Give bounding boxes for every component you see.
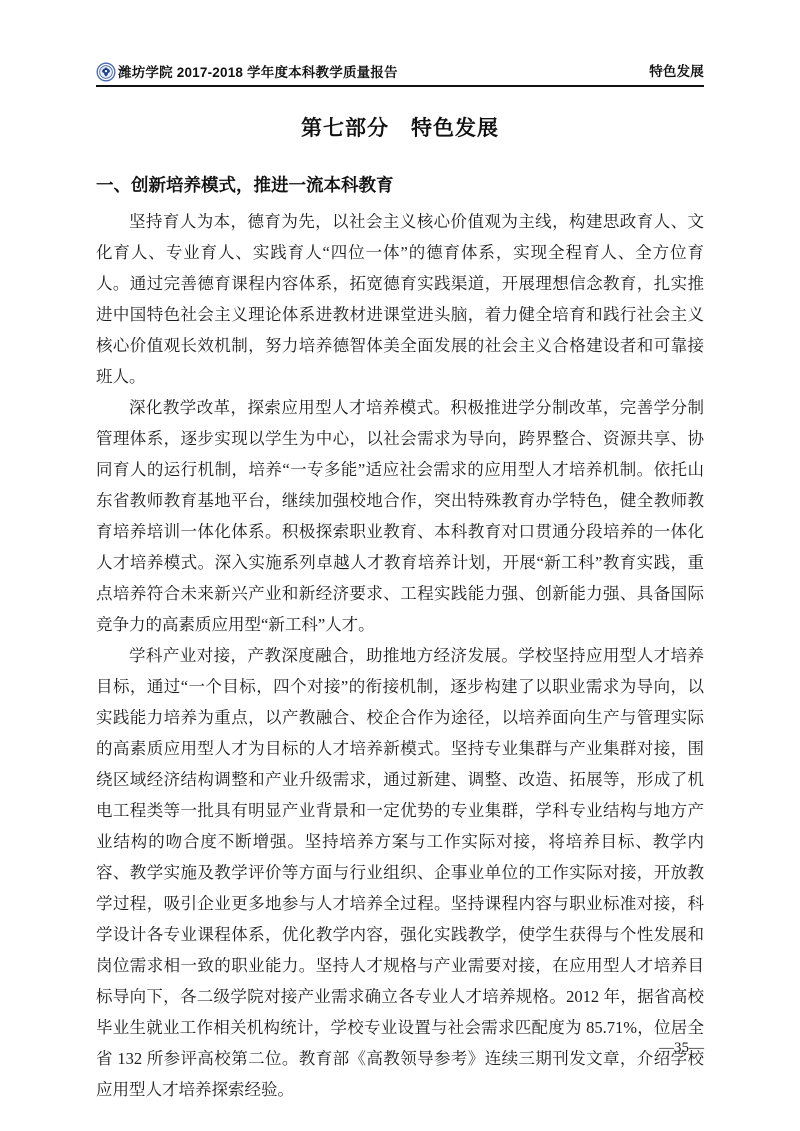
header-right: 特色发展 [649,60,704,81]
body-paragraph: 坚持育人为本，德育为先，以社会主义核心价值观为主线，构建思政育人、文化育人、专业… [96,206,704,392]
running-header: 潍坊学院 2017-2018 学年度本科教学质量报告 特色发展 [96,55,704,87]
header-chapter-label: 特色发展 [649,64,704,79]
body-paragraphs: 坚持育人为本，德育为先，以社会主义核心价值观为主线，构建思政育人、文化育人、专业… [96,206,704,1105]
header-report-title: 潍坊学院 2017-2018 学年度本科教学质量报告 [118,61,398,81]
part-title: 第七部分 特色发展 [96,113,704,144]
body-paragraph: 学科产业对接，产教深度融合，助推地方经济发展。学校坚持应用型人才培养目标，通过“… [96,640,704,1105]
body-paragraph: 深化教学改革，探索应用型人才培养模式。积极推进学分制改革，完善学分制管理体系，逐… [96,392,704,640]
header-left: 潍坊学院 2017-2018 学年度本科教学质量报告 [96,61,398,81]
page-number: —35— [659,1038,704,1058]
document-page: 潍坊学院 2017-2018 学年度本科教学质量报告 特色发展 第七部分 特色发… [0,0,800,1131]
section-heading: 一、创新培养模式，推进一流本科教育 [96,173,704,197]
university-seal-icon [96,62,116,82]
